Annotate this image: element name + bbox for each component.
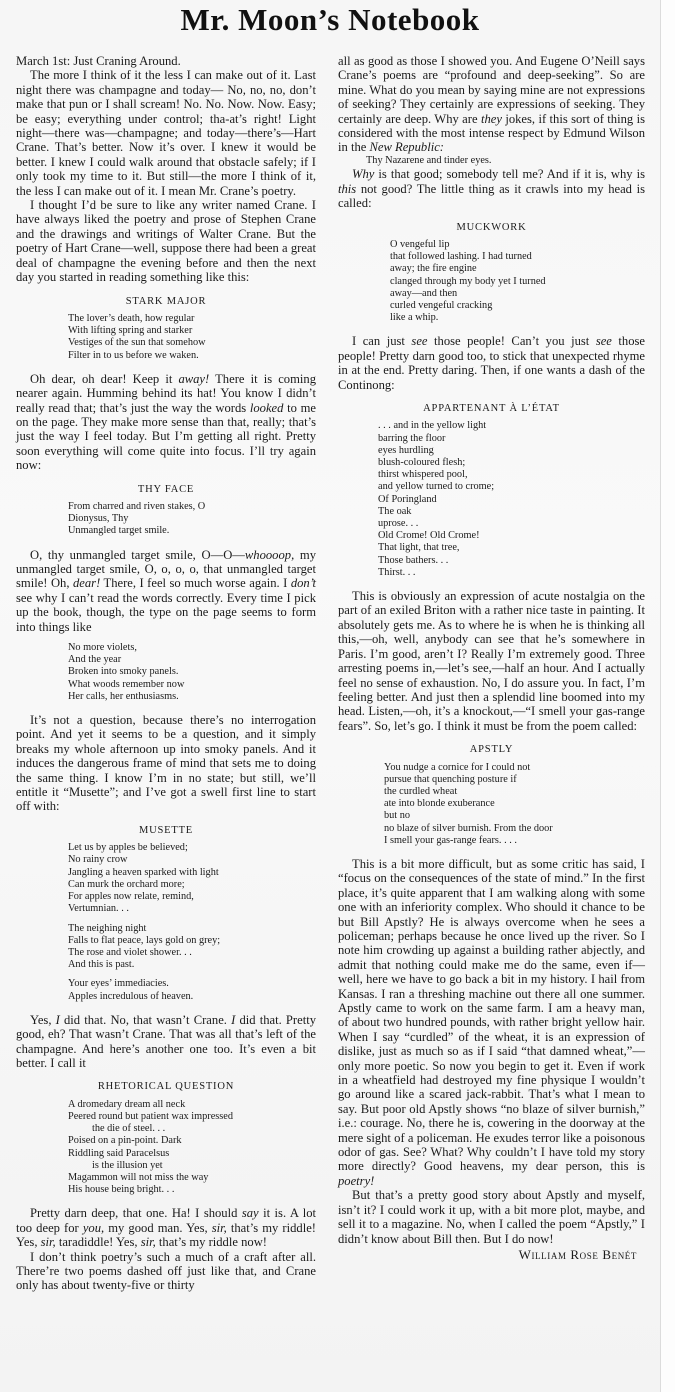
italic-run: dear! [73, 576, 100, 590]
poem-line: but no [384, 810, 645, 822]
poem-line: The oak [378, 506, 645, 518]
poem-line: Jangling a heaven sparked with light [68, 867, 316, 879]
text-run: see why I can’t read the words correctly… [16, 591, 316, 634]
poem-line: Your eyes’ immediacies. [68, 978, 316, 990]
poem-line: Peered round but patient wax impressed [68, 1111, 316, 1123]
poem-line: From charred and riven stakes, O [68, 501, 316, 513]
poem-appartenant: . . . and in the yellow light barring th… [378, 420, 645, 579]
poem-untitled: No more violets, And the year Broken int… [68, 642, 316, 703]
poem-line: Magammon will not miss the way [68, 1172, 316, 1184]
poem-line: away—and then [390, 288, 645, 300]
poem-line: no blaze of silver burnish. From the doo… [384, 823, 645, 835]
poem-title: STARK MAJOR [16, 295, 316, 309]
poem-line: ate into blonde exuberance [384, 798, 645, 810]
magazine-page: Mr. Moon’s Notebook March 1st: Just Cran… [0, 0, 661, 1392]
paragraph: Yes, I did that. No, that wasn’t Crane. … [16, 1013, 316, 1071]
text-run: those people! Can’t you just [428, 334, 596, 348]
poem-line: That light, that tree, [378, 542, 645, 554]
poem-line: The lover’s death, how regular [68, 313, 316, 325]
italic-run: see [596, 334, 612, 348]
italic-run: don’t [291, 576, 316, 590]
article-title: Mr. Moon’s Notebook [0, 2, 660, 38]
poem-line: uprose. . . [378, 518, 645, 530]
author-signature: William Rose Benét [338, 1248, 637, 1262]
poem-muckwork: O vengeful lip that followed lashing. I … [390, 239, 645, 324]
text-run: Yes, [30, 1013, 56, 1027]
italic-run: you, [83, 1221, 104, 1235]
poem-line: the die of steel. . . [68, 1123, 316, 1135]
poem-line: blush-coloured flesh; [378, 457, 645, 469]
paragraph: I don’t think poetry’s such a much of a … [16, 1250, 316, 1293]
italic-run: see [411, 334, 427, 348]
paragraph: I thought I’d be sure to like any writer… [16, 198, 316, 284]
poem-line: Those bathers. . . [378, 555, 645, 567]
poem-line: I smell your gas-range fears. . . . [384, 835, 645, 847]
paragraph: all as good as those I showed you. And E… [338, 54, 645, 155]
poem-line: Thirst. . . [378, 567, 645, 579]
poem-title: APPARTENANT À L’ÉTAT [338, 402, 645, 416]
poem-line: Vertumnian. . . [68, 903, 316, 915]
poem-line: Apples incredulous of heaven. [68, 991, 316, 1003]
poem-line: The neighing night [68, 923, 316, 935]
right-column: all as good as those I showed you. And E… [338, 54, 645, 1262]
poem-line: Falls to flat peace, lays gold on grey; [68, 935, 316, 947]
poem-line: The rose and violet shower. . . [68, 947, 316, 959]
paragraph: But that’s a pretty good story about Aps… [338, 1188, 645, 1246]
dateline: March 1st: Just Craning Around. [16, 54, 316, 68]
italic-run: poetry! [338, 1174, 374, 1188]
poem-line: With lifting spring and starker [68, 325, 316, 337]
italic-run: away! [178, 372, 209, 386]
poem-line: thirst whispered pool, [378, 469, 645, 481]
paragraph: I can just see those people! Can’t you j… [338, 334, 645, 392]
text-run: Pretty darn deep, that one. Ha! I should [30, 1206, 242, 1220]
quoted-verse: Thy Nazarene and tinder eyes. [366, 155, 645, 168]
poem-line: Broken into smoky panels. [68, 666, 316, 678]
poem-line: Can murk the orchard more; [68, 879, 316, 891]
left-column: March 1st: Just Craning Around. The more… [16, 54, 316, 1293]
paragraph: O, thy unmangled target smile, O—O—whooo… [16, 548, 316, 634]
poem-line: His house being bright. . . [68, 1184, 316, 1196]
text-run: not good? The little thing as it crawls … [338, 182, 645, 210]
italic-run: sir, [212, 1221, 227, 1235]
poem-line: You nudge a cornice for I could not [384, 762, 645, 774]
poem-title: MUCKWORK [338, 221, 645, 235]
poem-line: and yellow turned to crome; [378, 481, 645, 493]
poem-line: A dromedary dream all neck [68, 1099, 316, 1111]
poem-title: THY FACE [16, 483, 316, 497]
poem-line: Of Poringland [378, 494, 645, 506]
poem-line: O vengeful lip [390, 239, 645, 251]
text-run: I can just [352, 334, 411, 348]
poem-line: curled vengeful cracking [390, 300, 645, 312]
text-run: taradiddle! Yes, [56, 1235, 141, 1249]
poem-line: eyes hurdling [378, 445, 645, 457]
poem-line: pursue that quenching posture if [384, 774, 645, 786]
paragraph: This is obviously an expression of acute… [338, 589, 645, 733]
italic-run: say [242, 1206, 259, 1220]
poem-title: RHETORICAL QUESTION [16, 1080, 316, 1094]
text-run: O, thy unmangled target smile, O—O— [30, 548, 245, 562]
poem-line: Old Crome! Old Crome! [378, 530, 645, 542]
text-run: This is a bit more difficult, but as som… [338, 857, 645, 1174]
italic-run: whoooop, [245, 548, 294, 562]
poem-line: Let us by apples be believed; [68, 842, 316, 854]
poem-stark-major: The lover’s death, how regular With lift… [68, 313, 316, 362]
poem-line: Filter in to us before we waken. [68, 350, 316, 362]
poem-line: No more violets, [68, 642, 316, 654]
poem-line: Poised on a pin-point. Dark [68, 1135, 316, 1147]
poem-line: Her calls, her enthusiasms. [68, 691, 316, 703]
text-run: Oh dear, oh dear! Keep it [30, 372, 178, 386]
italic-run: sir, [41, 1235, 56, 1249]
text-run: There, I feel so much worse again. I [100, 576, 291, 590]
poem-line: that followed lashing. I had turned [390, 251, 645, 263]
poem-musette: Let us by apples be believed; No rainy c… [68, 842, 316, 1002]
poem-line: Dionysus, Thy [68, 513, 316, 525]
poem-line: And the year [68, 654, 316, 666]
poem-line: clanged through my body yet I turned [390, 276, 645, 288]
poem-line: Unmangled target smile. [68, 525, 316, 537]
poem-line: No rainy crow [68, 854, 316, 866]
italic-run: looked [250, 401, 284, 415]
poem-line: is the illusion yet [68, 1160, 316, 1172]
paragraph: It’s not a question, because there’s no … [16, 713, 316, 814]
text-run: did that. No, that wasn’t Crane. [60, 1013, 231, 1027]
poem-line: barring the floor [378, 433, 645, 445]
poem-line: Riddling said Paracelsus [68, 1148, 316, 1160]
poem-thy-face: From charred and riven stakes, O Dionysu… [68, 501, 316, 538]
poem-title: MUSETTE [16, 824, 316, 838]
italic-run: they [481, 112, 502, 126]
paragraph: Why is that good; somebody tell me? And … [338, 167, 645, 210]
italic-run: this [338, 182, 356, 196]
poem-line: the curdled wheat [384, 786, 645, 798]
italic-run: sir, [141, 1235, 156, 1249]
poem-apstly: You nudge a cornice for I could not purs… [384, 762, 645, 847]
paragraph: Oh dear, oh dear! Keep it away! There it… [16, 372, 316, 473]
text-run: my good man. Yes, [104, 1221, 212, 1235]
stanza-break [68, 971, 316, 978]
poem-title: APSTLY [338, 743, 645, 757]
poem-line: like a whip. [390, 312, 645, 324]
paragraph: The more I think of it the less I can ma… [16, 68, 316, 198]
italic-run: Why [352, 167, 374, 181]
poem-line: Vestiges of the sun that somehow [68, 337, 316, 349]
italic-run: New Republic: [369, 140, 444, 154]
poem-line: For apples now relate, remind, [68, 891, 316, 903]
paragraph: Pretty darn deep, that one. Ha! I should… [16, 1206, 316, 1249]
poem-line: away; the fire engine [390, 263, 645, 275]
poem-line: And this is past. [68, 959, 316, 971]
poem-line: What woods remember now [68, 679, 316, 691]
stanza-break [68, 916, 316, 923]
poem-rhetorical-question: A dromedary dream all neck Peered round … [68, 1099, 316, 1197]
poem-line: . . . and in the yellow light [378, 420, 645, 432]
text-run: is that good; somebody tell me? And if i… [374, 167, 645, 181]
text-run: that’s my riddle now! [156, 1235, 267, 1249]
paragraph: This is a bit more difficult, but as som… [338, 857, 645, 1188]
